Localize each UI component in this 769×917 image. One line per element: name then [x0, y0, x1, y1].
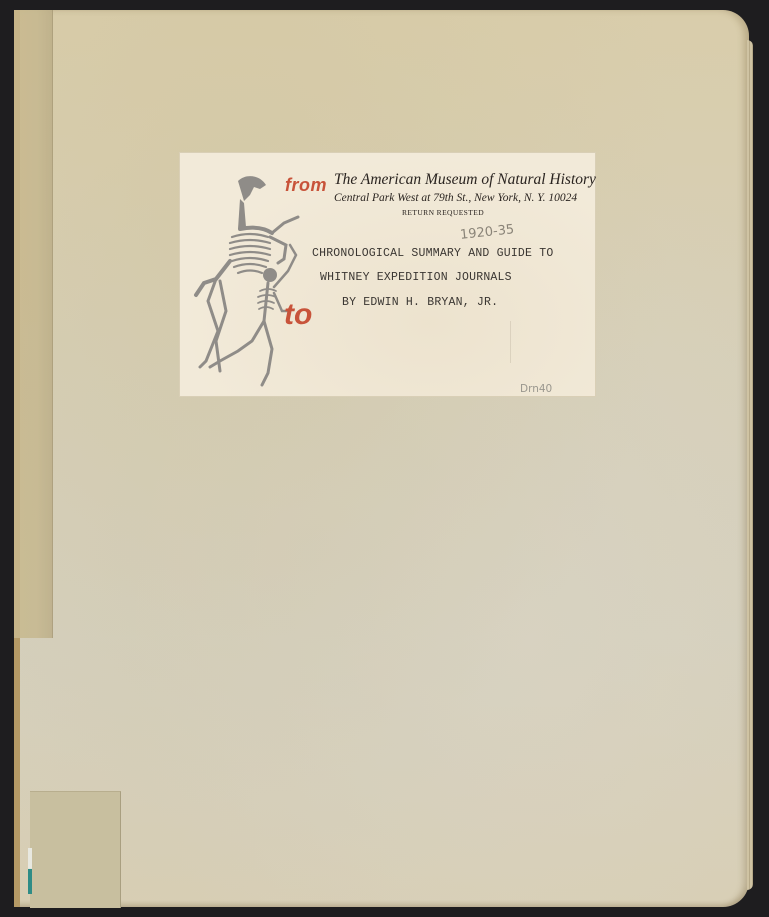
spine-tape — [14, 10, 53, 638]
from-label: from — [285, 175, 327, 196]
handwritten-date-range: 1920-35 — [459, 222, 515, 243]
sender-address: Central Park West at 79th St., New York,… — [334, 192, 577, 204]
skeleton-horse-and-human-icon — [180, 171, 310, 391]
author-line: BY EDWIN H. BRYAN, JR. — [342, 296, 498, 309]
mailing-label: from The American Museum of Natural Hist… — [180, 153, 595, 396]
document-cover — [14, 10, 749, 907]
title-line-2: WHITNEY EXPEDITION JOURNALS — [320, 271, 512, 284]
title-line-1: CHRONOLOGICAL SUMMARY AND GUIDE TO — [312, 247, 553, 260]
sender-name: The American Museum of Natural History — [334, 171, 596, 189]
to-label: to — [284, 298, 312, 332]
library-corner-patch — [30, 791, 121, 908]
return-requested-note: RETURN REQUESTED — [402, 208, 484, 217]
teal-label-stripe — [28, 848, 32, 894]
faint-divider — [510, 321, 511, 363]
handwritten-catalog-number: Drn40 — [520, 383, 552, 395]
page-edges — [747, 40, 753, 890]
